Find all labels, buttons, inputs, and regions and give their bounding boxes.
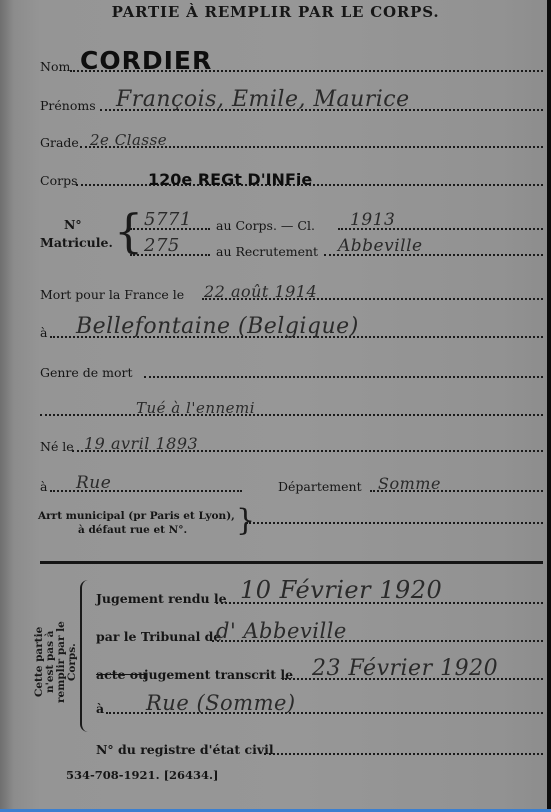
brace: {	[114, 206, 143, 256]
dotted-line	[40, 414, 543, 416]
label-arrondissement-line2: à défaut rue et N°.	[78, 524, 187, 536]
value-transcrit: 23 Février 1920	[312, 656, 498, 681]
value-prenoms: François, Emile, Maurice	[116, 87, 410, 112]
value-date-deces: 22 août 1914	[204, 282, 317, 301]
value-jugement: 10 Février 1920	[240, 576, 442, 604]
value-recrutement-number: 275	[144, 235, 180, 256]
label-matricule: Matricule.	[40, 235, 113, 250]
label-a: à	[40, 325, 47, 340]
value-date-naissance: 19 avril 1893	[84, 434, 198, 453]
label-registre: N° du registre d'état civil	[96, 742, 274, 757]
label-acte-ou: acte ou	[96, 667, 147, 682]
value-corps-number: 5771	[144, 209, 192, 230]
label-arrondissement-line1: Arrt municipal (pr Paris et Lyon),	[38, 510, 235, 522]
form-header: PARTIE À REMPLIR PAR LE CORPS.	[0, 3, 551, 21]
label-a-transcription: à	[96, 701, 104, 716]
value-classe: 1913	[350, 210, 395, 230]
row-jugement: Jugement rendu le 10 Février 1920	[40, 584, 543, 608]
row-lieu-deces: à Bellefontaine (Belgique)	[40, 318, 543, 342]
row-corps: Corps 120e REGt D'INFie	[40, 166, 543, 190]
row-tribunal: par le Tribunal de d' Abbeville	[40, 622, 543, 646]
row-arrondissement: Arrt municipal (pr Paris et Lyon), à déf…	[40, 506, 543, 542]
label-mort-pour-la-france: Mort pour la France le	[40, 287, 184, 302]
scan-edge	[547, 0, 551, 809]
row-lieu-naissance: à Rue Département Somme	[40, 472, 543, 496]
value-grade: 2e Classe	[90, 131, 167, 149]
brace: }	[236, 504, 255, 538]
label-prenoms: Prénoms	[40, 98, 96, 113]
value-lieu-naissance: Rue	[76, 473, 111, 493]
label-genre-de-mort: Genre de mort	[40, 365, 133, 380]
dotted-line	[246, 522, 543, 524]
label-nom: Nom	[40, 59, 70, 74]
row-mort-pour-la-france: Mort pour la France le 22 août 1914	[40, 280, 543, 304]
death-record-card: PARTIE À REMPLIR PAR LE CORPS. Nom CORDI…	[0, 0, 547, 809]
value-departement: Somme	[378, 474, 441, 493]
label-tribunal: par le Tribunal de	[96, 629, 221, 644]
label-ne-le: Né le	[40, 439, 74, 454]
row-prenoms: Prénoms François, Emile, Maurice	[40, 91, 543, 115]
row-transcription: acte ou jugement transcrit le 23 Février…	[40, 660, 543, 684]
label-departement: Département	[278, 479, 362, 494]
value-lieu-transcription: Rue (Somme)	[146, 691, 296, 715]
label-jugement: Jugement rendu le	[96, 591, 227, 606]
row-matricule: N° Matricule. { 5771 au Corps. — Cl. 191…	[40, 206, 543, 262]
label-corps: Corps	[40, 173, 77, 188]
row-genre-de-mort: Genre de mort	[40, 358, 543, 382]
label-transcrit: jugement transcrit le	[144, 667, 293, 682]
value-tribunal: d' Abbeville	[216, 619, 347, 643]
row-grade: Grade 2e Classe	[40, 128, 543, 152]
row-registre: N° du registre d'état civil	[40, 735, 543, 759]
value-genre-de-mort: Tué à l'ennemi	[136, 399, 255, 417]
value-nom: CORDIER	[80, 46, 212, 75]
section-divider	[40, 561, 543, 564]
value-recrutement: Abbeville	[338, 236, 423, 256]
row-genre-de-mort-value: Tué à l'ennemi	[40, 396, 543, 420]
value-lieu-deces: Bellefontaine (Belgique)	[76, 314, 359, 339]
row-nom: Nom CORDIER	[40, 52, 543, 76]
dotted-line	[144, 376, 543, 378]
value-corps: 120e REGt D'INFie	[148, 170, 312, 189]
dotted-line	[264, 753, 543, 755]
label-no: N°	[64, 217, 82, 232]
label-grade: Grade	[40, 135, 79, 150]
row-naissance: Né le 19 avril 1893	[40, 432, 543, 456]
row-lieu-transcription: à Rue (Somme)	[40, 694, 543, 718]
label-a-naissance: à	[40, 479, 47, 494]
print-reference: 534-708-1921. [26434.]	[66, 768, 218, 782]
label-au-corps: au Corps. — Cl.	[216, 218, 315, 233]
label-au-recrutement: au Recrutement	[216, 244, 318, 259]
